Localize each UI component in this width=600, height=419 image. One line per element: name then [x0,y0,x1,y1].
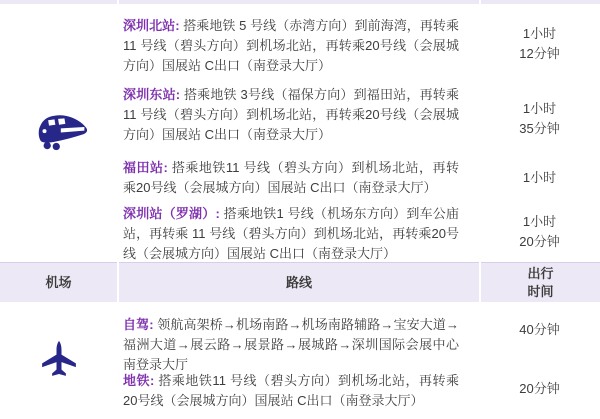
route-description: 深圳北站: 搭乘地铁 5 号线（赤湾方向）到前海湾，再转乘 11 号线（碧头方向… [117,4,479,84]
travel-time-line: 40分钟 [519,320,559,340]
transport-mode-label: 地铁: [123,373,154,388]
station-name-label: 深圳站（罗湖）: [123,206,220,221]
travel-time-line: 12分钟 [519,44,559,64]
route-description: 自驾: 领航高架桥→机场南路→机场南路辅路→宝安大道→福洲大道→展云路→展景路→… [117,302,479,358]
header-label: 路线 [286,274,312,292]
station-name-label: 深圳东站: [123,87,180,102]
table-row: 深圳东站: 搭乘地铁 3号线（福保方向）到福田站，再转乘 11 号线（碧头方向）… [117,84,600,154]
travel-time-line: 1小时 [523,168,556,188]
travel-time-line: 20分钟 [519,232,559,252]
header-label-line: 时间 [527,283,553,301]
table-row: 自驾: 领航高架桥→机场南路→机场南路辅路→宝安大道→福洲大道→展云路→展景路→… [117,302,600,358]
train-rows: 深圳北站: 搭乘地铁 5 号线（赤湾方向）到前海湾，再转乘 11 号线（碧头方向… [117,4,600,262]
train-icon-cell [0,4,117,262]
transport-mode-label: 自驾: [123,317,154,332]
travel-time: 1小时 12分钟 [479,4,600,84]
station-name-label: 深圳北站: [123,18,180,33]
train-icon [30,110,88,157]
travel-time: 1小时 35分钟 [479,84,600,154]
travel-time-line: 1小时 [523,99,556,119]
header-label-line: 出行 [527,265,553,283]
header-cell-travel-time: 出行 时间 [481,262,600,302]
travel-time: 20分钟 [479,358,600,419]
airport-routes-section: 自驾: 领航高架桥→机场南路→机场南路辅路→宝安大道→福洲大道→展云路→展景路→… [0,302,600,419]
travel-time-line: 20分钟 [519,379,559,399]
header-cell-airport: 机场 [0,262,117,302]
table-row: 福田站: 搭乘地铁11 号线（碧头方向）到机场北站，再转乘20号线（会展城方向）… [117,154,600,202]
header-label: 机场 [45,274,71,292]
train-station-routes-section: 深圳北站: 搭乘地铁 5 号线（赤湾方向）到前海湾，再转乘 11 号线（碧头方向… [0,4,600,262]
travel-time: 1小时 [479,154,600,202]
travel-time-line: 35分钟 [519,119,559,139]
airplane-icon-cell [0,302,117,419]
station-name-label: 福田站: [123,160,168,175]
route-description: 深圳站（罗湖）: 搭乘地铁1 号线（机场东方向）到车公庙站，再转乘 11 号线（… [117,202,479,262]
route-text: 搭乘地铁11 号线（碧头方向）到机场北站，再转乘20号线（会展城方向）国展站 C… [123,373,459,408]
travel-time: 40分钟 [479,302,600,358]
travel-time-line: 1小时 [523,212,556,232]
table-row: 深圳北站: 搭乘地铁 5 号线（赤湾方向）到前海湾，再转乘 11 号线（碧头方向… [117,4,600,84]
travel-time: 1小时 20分钟 [479,202,600,262]
header-cell-route: 路线 [119,262,479,302]
transport-guide-table: 深圳北站: 搭乘地铁 5 号线（赤湾方向）到前海湾，再转乘 11 号线（碧头方向… [0,0,600,419]
airplane-icon [39,335,79,386]
route-text: 搭乘地铁11 号线（碧头方向）到机场北站，再转乘20号线（会展城方向）国展站 C… [123,160,459,195]
table-row: 深圳站（罗湖）: 搭乘地铁1 号线（机场东方向）到车公庙站，再转乘 11 号线（… [117,202,600,262]
travel-time-line: 1小时 [523,24,556,44]
airport-table-header: 机场 路线 出行 时间 [0,262,600,302]
route-description: 地铁: 搭乘地铁11 号线（碧头方向）到机场北站，再转乘20号线（会展城方向）国… [117,358,479,419]
airport-rows: 自驾: 领航高架桥→机场南路→机场南路辅路→宝安大道→福洲大道→展云路→展景路→… [117,302,600,419]
route-description: 深圳东站: 搭乘地铁 3号线（福保方向）到福田站，再转乘 11 号线（碧头方向）… [117,84,479,154]
table-row: 地铁: 搭乘地铁11 号线（碧头方向）到机场北站，再转乘20号线（会展城方向）国… [117,358,600,419]
route-description: 福田站: 搭乘地铁11 号线（碧头方向）到机场北站，再转乘20号线（会展城方向）… [117,154,479,202]
